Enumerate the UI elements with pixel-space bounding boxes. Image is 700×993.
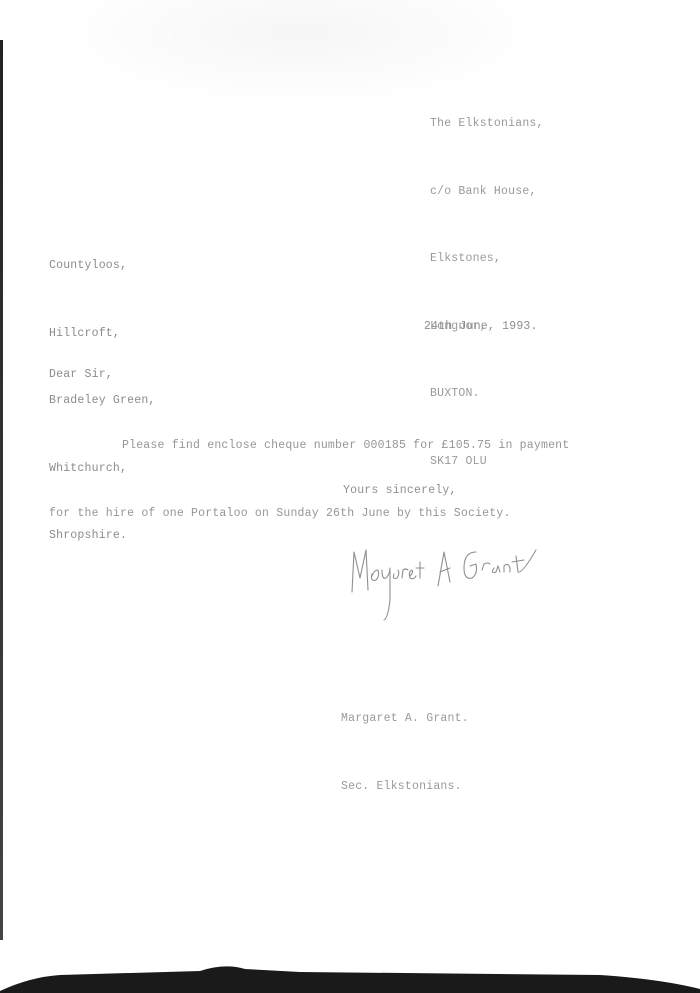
sender-address-line: Elkstones,: [430, 248, 544, 271]
handwritten-signature: [340, 530, 560, 630]
signatory-block: Margaret A. Grant. Sec. Elkstonians.: [341, 663, 469, 821]
recipient-address-line: Hillcroft,: [49, 323, 156, 346]
signatory-name: Margaret A. Grant.: [341, 708, 469, 731]
sender-address-line: The Elkstonians,: [430, 113, 544, 136]
scan-bottom-edge: [0, 963, 700, 993]
sender-address-line: c/o Bank House,: [430, 181, 544, 204]
closing: Yours sincerely,: [343, 480, 457, 503]
letter-date: 24th June, 1993.: [424, 316, 538, 339]
signatory-title: Sec. Elkstonians.: [341, 776, 469, 799]
salutation: Dear Sir,: [49, 364, 113, 387]
scan-left-edge: [0, 40, 3, 940]
body-line: for the hire of one Portaloo on Sunday 2…: [49, 503, 569, 526]
body-line: Please find enclose cheque number 000185…: [49, 435, 569, 458]
recipient-address-line: Countyloos,: [49, 255, 156, 278]
letter-body: Please find enclose cheque number 000185…: [49, 390, 569, 548]
